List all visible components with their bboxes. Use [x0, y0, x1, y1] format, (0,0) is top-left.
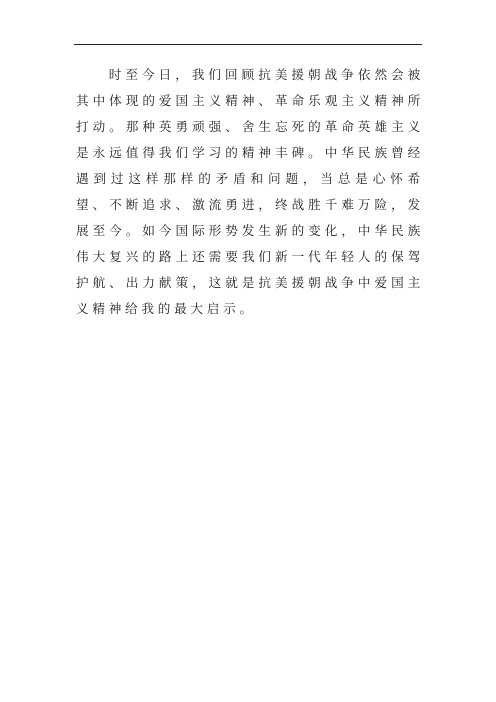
body-paragraph: 时至今日，我们回顾抗美援朝战争依然会被其中体现的爱国主义精神、革命乐观主义精神所… [76, 62, 424, 322]
header-divider [74, 44, 422, 45]
document-page: 时至今日，我们回顾抗美援朝战争依然会被其中体现的爱国主义精神、革命乐观主义精神所… [0, 0, 496, 702]
